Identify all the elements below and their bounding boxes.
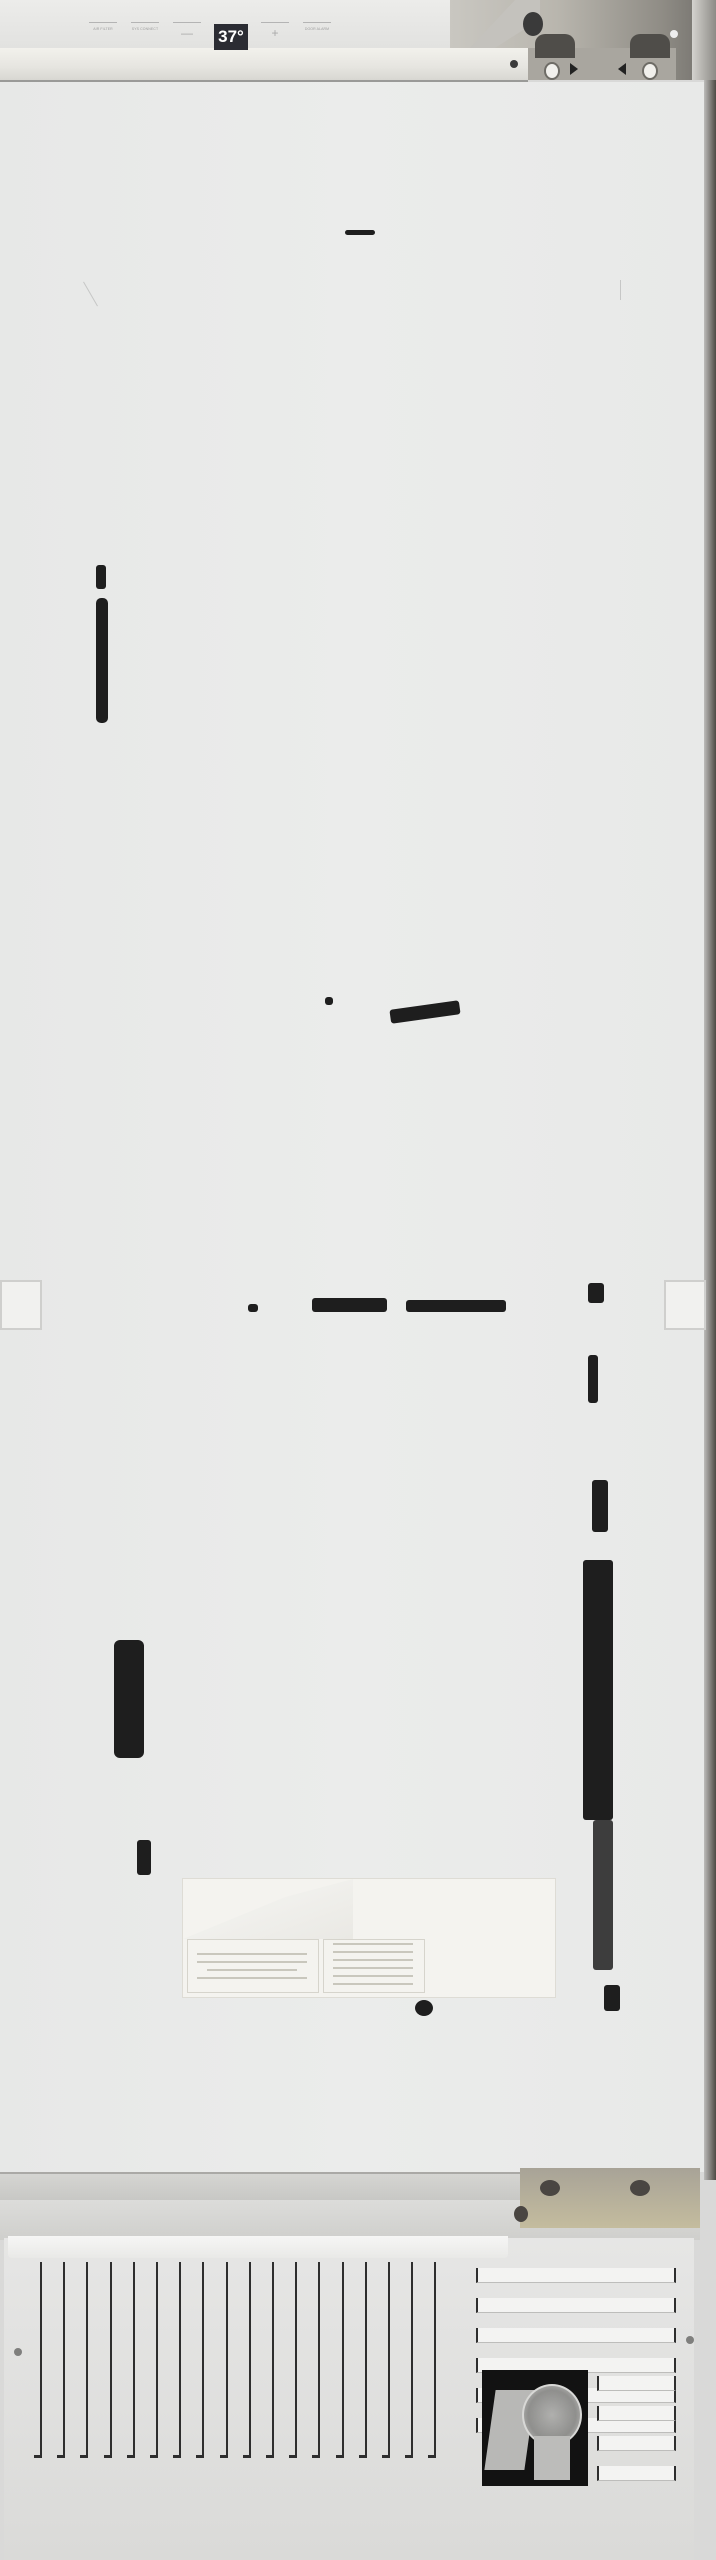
vent-slot [318, 2262, 320, 2458]
sticker-tear [183, 1879, 353, 1939]
residue-mark [406, 1300, 506, 1312]
bottom-hinge-bracket [520, 2168, 700, 2228]
condenser-fan-window [482, 2370, 588, 2486]
hinge-hole [544, 62, 560, 80]
sticker-text-line [333, 1975, 413, 1977]
vent-slot [597, 2376, 676, 2391]
sticker-text-line [333, 1943, 413, 1945]
grille-screw [686, 2336, 694, 2344]
residue-mark [583, 1560, 613, 1820]
vent-slot [476, 2268, 676, 2283]
sticker-panel [187, 1939, 319, 1993]
hinge-pin [523, 12, 543, 36]
residue-mark [345, 230, 375, 235]
vent-slot [63, 2262, 65, 2458]
vent-slot [133, 2262, 135, 2458]
vent-slot [295, 2262, 297, 2458]
vent-slot [476, 2298, 676, 2313]
grille-lip [8, 2236, 508, 2258]
sticker-text-line [197, 1961, 307, 1963]
screw-icon [510, 60, 518, 68]
residue-mark [415, 2000, 433, 2016]
vent-slot [342, 2262, 344, 2458]
screw-icon [514, 2206, 528, 2222]
vent-slot [86, 2262, 88, 2458]
vent-slot [179, 2262, 181, 2458]
vent-slot [156, 2262, 158, 2458]
indicator-bar [131, 22, 159, 23]
screw-icon [670, 30, 678, 38]
hinge-hole [642, 62, 658, 80]
sticker-text-line [333, 1983, 413, 1985]
hinge-post [692, 0, 716, 80]
vent-slot [434, 2262, 436, 2458]
door-alarm-button[interactable]: DOOR ALARM [302, 22, 332, 31]
indicator-bar [89, 22, 117, 23]
residue-mark [604, 1985, 620, 2011]
plus-icon: + [271, 27, 278, 39]
vent-slot [411, 2262, 413, 2458]
residue-mark [592, 1480, 608, 1532]
sticker-text-line [333, 1967, 413, 1969]
temperature-display: 37° [214, 24, 248, 50]
residue-mark [325, 997, 333, 1005]
vent-slot [272, 2262, 274, 2458]
vent-slot [476, 2328, 676, 2343]
vent-slot [388, 2262, 390, 2458]
residue-mark [588, 1355, 598, 1403]
sys-connect-button[interactable]: SYS CONNECT [130, 22, 160, 31]
scratch [620, 280, 621, 300]
residue-mark [96, 598, 108, 723]
arrow-right-icon [570, 63, 578, 75]
indicator-bar [173, 22, 201, 23]
vent-slot [249, 2262, 251, 2458]
vent-slot [202, 2262, 204, 2458]
warning-sticker [182, 1878, 556, 1998]
vent-slot [597, 2406, 676, 2421]
door-edge [704, 80, 716, 2180]
vent-slot [226, 2262, 228, 2458]
vent-slot [597, 2466, 676, 2481]
door-latch-left [0, 1280, 42, 1330]
temp-up-button[interactable]: + [260, 22, 290, 39]
fan-mount [534, 2436, 570, 2480]
residue-mark [96, 565, 106, 589]
minus-icon: — [181, 27, 193, 39]
sticker-text-line [197, 1953, 307, 1955]
vent-slot [597, 2436, 676, 2451]
residue-mark [114, 1640, 144, 1758]
air-filter-button[interactable]: AIR FILTER [88, 22, 118, 31]
door-latch-right [664, 1280, 706, 1330]
indicator-bar [261, 22, 289, 23]
residue-mark [248, 1304, 258, 1312]
sticker-text-line [207, 1969, 297, 1971]
top-trim [0, 48, 528, 82]
temp-down-button[interactable]: — [172, 22, 202, 39]
indicator-bar [303, 22, 331, 23]
screw-icon [540, 2180, 560, 2196]
grille-screw [14, 2348, 22, 2356]
residue-mark [593, 1820, 613, 1970]
sticker-text-line [333, 1951, 413, 1953]
residue-mark [588, 1283, 604, 1303]
vent-slot [365, 2262, 367, 2458]
control-buttons: AIR FILTER SYS CONNECT — 37° + DOOR ALAR… [88, 22, 332, 50]
screw-icon [630, 2180, 650, 2196]
sticker-text-line [197, 1977, 307, 1979]
sticker-text-line [333, 1959, 413, 1961]
hinge-slot [535, 34, 575, 58]
hinge-slot [630, 34, 670, 58]
residue-mark [137, 1840, 151, 1875]
vent-slot [110, 2262, 112, 2458]
arrow-left-icon [618, 63, 626, 75]
residue-mark [312, 1298, 387, 1312]
vent-slot [40, 2262, 42, 2458]
